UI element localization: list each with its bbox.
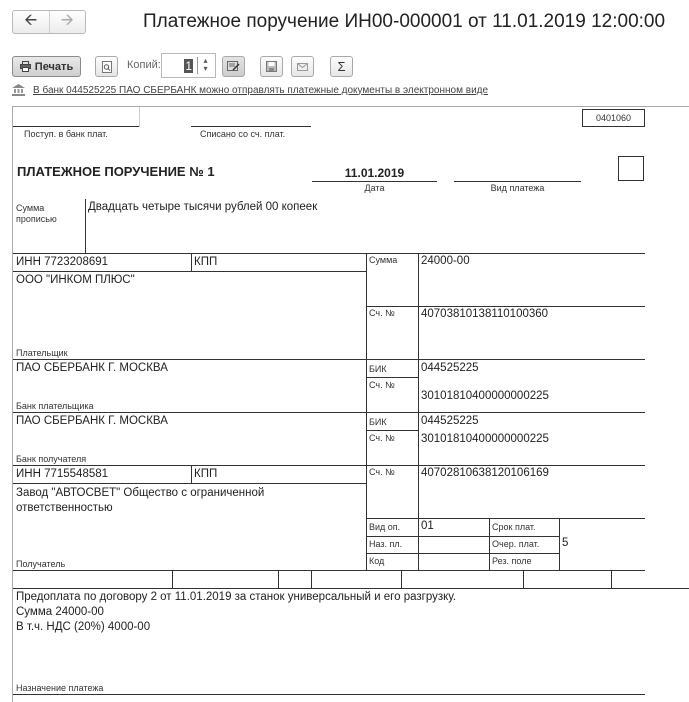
print-button[interactable]: Печать	[12, 56, 81, 77]
document-date: 11.01.2019	[312, 166, 437, 180]
payee-name-line1: Завод "АВТОСВЕТ" Общество с ограниченной	[16, 487, 264, 499]
priority-label: Очер. плат.	[492, 539, 539, 549]
forward-button[interactable]: 🡪	[49, 11, 86, 33]
arrow-left-icon: 🡨	[24, 9, 37, 36]
back-button[interactable]: 🡨	[13, 11, 49, 33]
print-label: Печать	[35, 61, 73, 73]
payment-order-document: Поступ. в банк плат. Списано со сч. плат…	[12, 106, 689, 702]
payee-kpp-label: КПП	[194, 468, 217, 480]
payer-name: ООО "ИНКОМ ПЛЮС"	[16, 274, 135, 286]
magnifier-page-icon	[101, 61, 113, 73]
payee-label: Получатель	[16, 559, 65, 569]
document-heading: ПЛАТЕЖНОЕ ПОРУЧЕНИЕ № 1	[17, 164, 215, 179]
payer-bank-label: Банк плательщика	[16, 401, 94, 411]
page-title: Платежное поручение ИН00-000001 от 11.01…	[143, 11, 665, 33]
payee-bank-account-label: Сч. №	[369, 433, 395, 443]
payer-bank-name: ПАО СБЕРБАНК Г. МОСКВА	[16, 362, 168, 374]
spin-arrows-icon[interactable]: ▴▾	[197, 57, 213, 74]
payment-type-label: Вид платежа	[454, 183, 581, 193]
payee-bank-account: 30101810400000000225	[421, 433, 549, 445]
payer-label: Плательщик	[16, 348, 68, 358]
payer-bank-bik-label: БИК	[369, 364, 387, 374]
payee-bank-label: Банк получателя	[16, 454, 86, 464]
copies-value[interactable]: 1	[184, 59, 193, 73]
envelope-icon	[297, 63, 308, 71]
payer-bank-bik: 044525225	[421, 362, 479, 374]
payee-bank-bik-label: БИК	[369, 417, 387, 427]
debited-label: Списано со сч. плат.	[200, 129, 285, 139]
op-type-label: Вид оп.	[369, 522, 400, 532]
copies-stepper[interactable]: 1 ▴▾	[161, 53, 216, 78]
term-label: Срок плат.	[492, 522, 536, 532]
save-button[interactable]	[260, 56, 283, 77]
payer-kpp-label: КПП	[194, 256, 217, 268]
purpose-line-1: Предоплата по договору 2 от 11.01.2019 з…	[16, 591, 456, 603]
amount-words: Двадцать четыре тысячи рублей 00 копеек	[88, 201, 317, 213]
op-type-value: 01	[421, 520, 434, 532]
payer-inn: ИНН 7723208691	[16, 256, 108, 268]
payee-account: 40702810638120106169	[421, 467, 549, 479]
copies-label: Копий:	[127, 59, 161, 71]
purpose-code-label: Наз. пл.	[369, 539, 402, 549]
electronic-documents-link[interactable]: В банк 044525225 ПАО СБЕРБАНК можно отпр…	[33, 85, 488, 96]
date-label: Дата	[312, 183, 437, 193]
payee-name-line2: ответственностью	[16, 502, 113, 514]
debited-line	[191, 126, 311, 127]
arrow-right-icon: 🡪	[61, 9, 74, 36]
amount-value: 24000-00	[421, 255, 470, 267]
reserve-label: Рез. поле	[492, 556, 531, 566]
received-line	[13, 126, 139, 127]
status-box	[618, 156, 644, 181]
send-email-button[interactable]	[291, 56, 314, 77]
form-code: 0401060	[582, 109, 645, 127]
edit-button[interactable]	[222, 56, 245, 77]
purpose-line-3: В т.ч. НДС (20%) 4000-00	[16, 621, 150, 633]
sum-button[interactable]: Σ	[330, 56, 353, 77]
payee-inn: ИНН 7715548581	[16, 468, 108, 480]
payee-bank-bik: 044525225	[421, 415, 479, 427]
payer-account: 40703810138110100360	[421, 308, 548, 320]
bank-notice: В банк 044525225 ПАО СБЕРБАНК можно отпр…	[12, 84, 488, 96]
payer-bank-account: 30101810400000000225	[421, 390, 549, 402]
payee-bank-name: ПАО СБЕРБАНК Г. МОСКВА	[16, 415, 168, 427]
edit-document-icon	[227, 61, 240, 72]
bank-icon	[12, 84, 25, 96]
amount-words-label-2: прописью	[16, 214, 57, 224]
purpose-label: Назначение платежа	[16, 683, 103, 693]
preview-button[interactable]	[95, 56, 118, 77]
floppy-disk-icon	[266, 61, 277, 72]
purpose-line-2: Сумма 24000-00	[16, 606, 104, 618]
payee-account-label: Сч. №	[369, 467, 395, 477]
received-label: Поступ. в банк плат.	[24, 129, 108, 139]
amount-label: Сумма	[369, 255, 397, 265]
payer-bank-account-label: Сч. №	[369, 380, 395, 390]
priority-value: 5	[562, 537, 568, 549]
amount-words-label: Сумма	[16, 203, 44, 213]
printer-icon	[20, 61, 31, 72]
code-label: Код	[369, 556, 384, 566]
sigma-icon: Σ	[337, 59, 345, 74]
payer-account-label: Сч. №	[369, 308, 395, 318]
navigation-buttons: 🡨 🡪	[12, 10, 86, 34]
